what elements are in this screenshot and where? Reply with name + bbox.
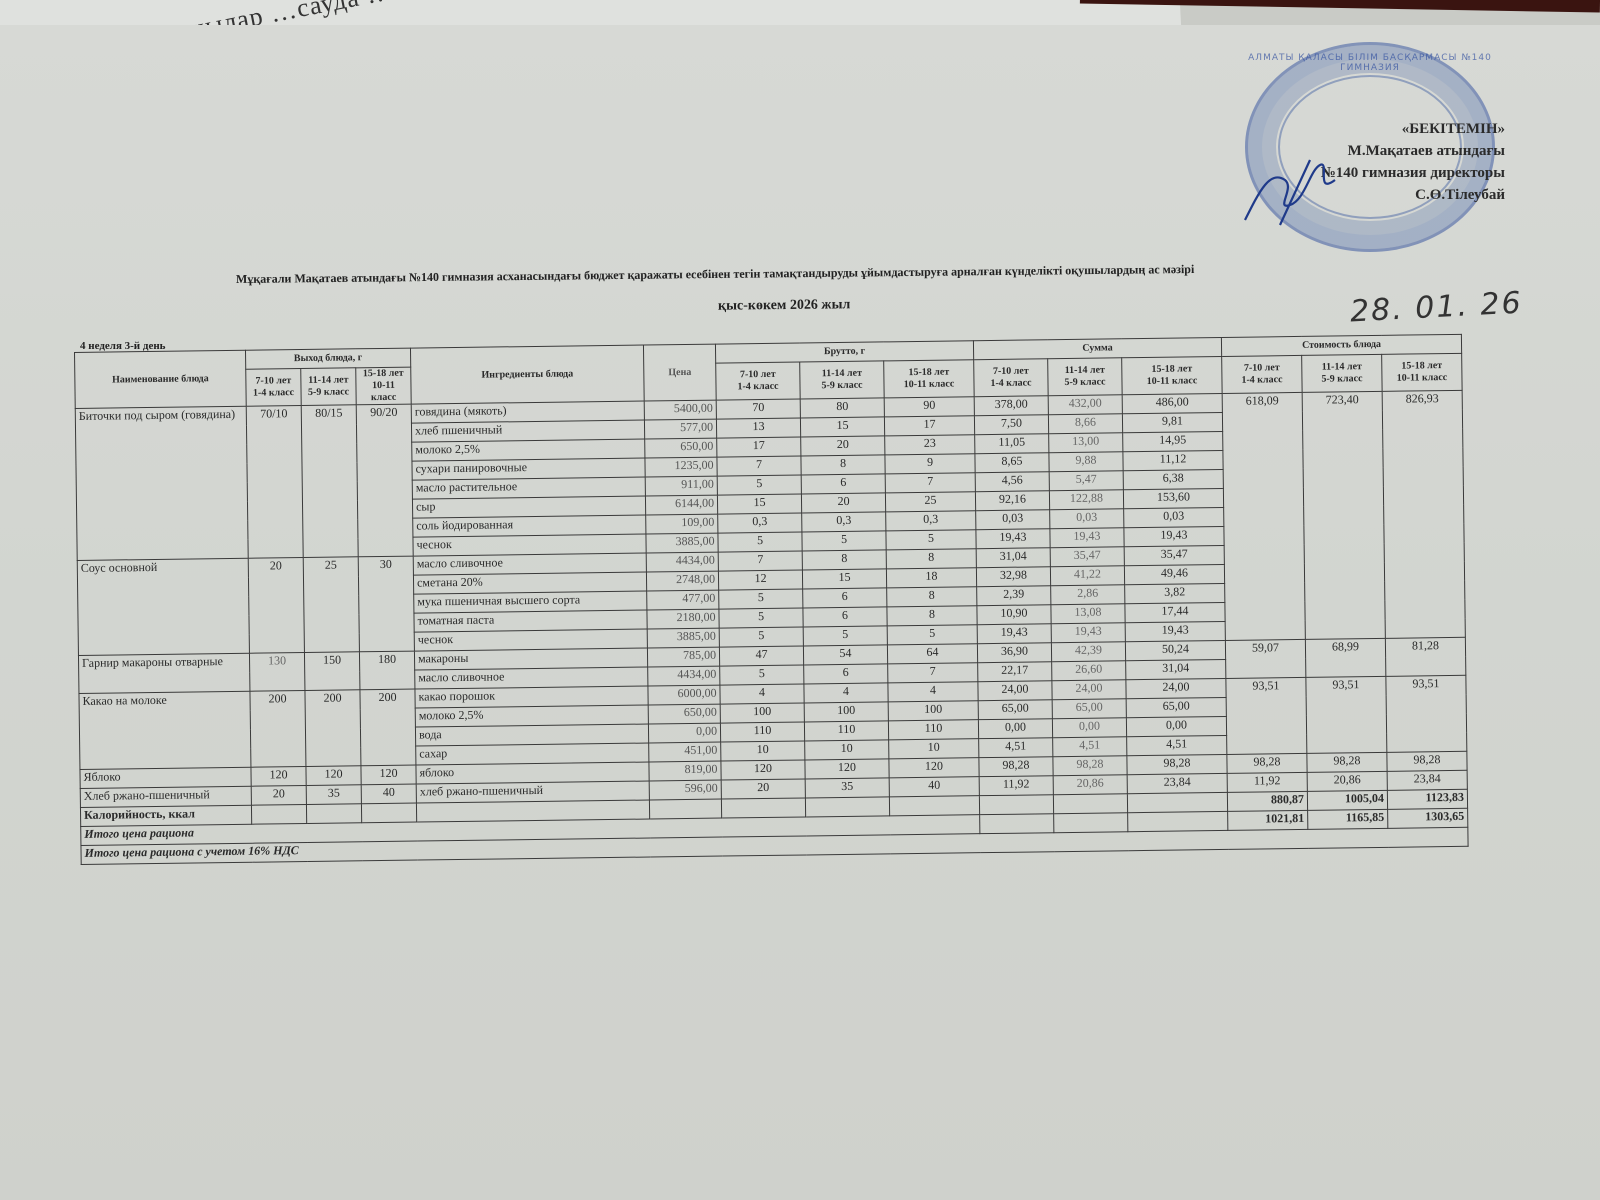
empty-cell xyxy=(306,804,361,824)
brutto-cell: 4 xyxy=(804,683,888,703)
grade-label: 10-11 класс xyxy=(1125,375,1218,388)
header-yield-age-group: 15-18 лет10-11 класс xyxy=(356,367,411,405)
brutto-cell: 17 xyxy=(717,437,801,457)
sum-cell: 9,88 xyxy=(1049,452,1123,472)
dish-name-cell: Какао на молоке xyxy=(79,691,251,769)
grade-label: 10-11 класс xyxy=(887,378,970,391)
sum-cell: 42,39 xyxy=(1051,642,1125,662)
sum-cell: 41,22 xyxy=(1050,566,1124,586)
grade-label: 1-4 класс xyxy=(719,381,796,394)
dish-cost-cell: 98,28 xyxy=(1227,753,1307,773)
brutto-cell: 54 xyxy=(803,645,887,665)
total-vat-cell: 1021,81 xyxy=(1228,810,1308,830)
empty-cell xyxy=(361,803,416,823)
ingredient-price-cell: 6144,00 xyxy=(645,495,717,515)
grade-label: 10-11 класс xyxy=(359,380,407,405)
brutto-cell: 5 xyxy=(886,530,976,550)
ingredient-price-cell: 819,00 xyxy=(649,761,721,781)
header-sum-age-group: 15-18 лет10-11 класс xyxy=(1122,356,1222,394)
sum-cell: 432,00 xyxy=(1048,395,1122,415)
sum-cell: 0,03 xyxy=(976,510,1050,530)
brutto-cell: 5 xyxy=(718,532,802,552)
header-sum-age-group: 7-10 лет1-4 класс xyxy=(974,359,1048,397)
ingredient-price-cell: 6000,00 xyxy=(648,685,720,705)
sum-cell: 0,03 xyxy=(1124,507,1224,527)
sum-cell: 4,51 xyxy=(1127,735,1227,755)
dish-cost-cell: 11,92 xyxy=(1227,772,1307,792)
sum-cell: 26,60 xyxy=(1052,661,1126,681)
brutto-cell: 15 xyxy=(800,417,884,437)
sum-cell: 31,04 xyxy=(1126,659,1226,679)
sum-cell: 9,81 xyxy=(1122,412,1222,432)
sum-cell: 11,05 xyxy=(975,434,1049,454)
dish-name-cell: Хлеб ржано-пшеничный xyxy=(80,786,251,807)
header-brutto-age-group: 11-14 лет5-9 класс xyxy=(800,361,884,399)
sum-cell: 35,47 xyxy=(1050,547,1124,567)
sum-cell: 92,16 xyxy=(975,491,1049,511)
brutto-cell: 20 xyxy=(801,493,885,513)
sum-cell: 378,00 xyxy=(974,396,1048,416)
empty-cell xyxy=(889,796,979,816)
sum-cell: 36,90 xyxy=(977,643,1051,663)
sum-cell: 24,00 xyxy=(1126,678,1226,698)
total-cell: 1005,04 xyxy=(1307,790,1387,810)
dish-yield-cell: 200 xyxy=(360,689,416,766)
sum-cell: 153,60 xyxy=(1123,488,1223,508)
ingredient-price-cell: 1235,00 xyxy=(645,457,717,477)
brutto-cell: 7 xyxy=(885,473,975,493)
dish-yield-cell: 150 xyxy=(304,652,359,691)
header-cost-age-group: 7-10 лет1-4 класс xyxy=(1222,355,1302,393)
brutto-cell: 23 xyxy=(885,435,975,455)
sum-cell: 98,28 xyxy=(979,757,1053,777)
sum-cell: 2,86 xyxy=(1051,585,1125,605)
ingredient-price-cell: 2180,00 xyxy=(647,609,719,629)
ingredient-price-cell: 3885,00 xyxy=(647,628,719,648)
age-label: 7-10 лет xyxy=(249,375,297,388)
empty-cell xyxy=(1128,811,1228,831)
grade-label: 5-9 класс xyxy=(1305,373,1378,386)
brutto-cell: 0,3 xyxy=(802,512,886,532)
brutto-cell: 47 xyxy=(719,646,803,666)
brutto-cell: 25 xyxy=(885,492,975,512)
sum-cell: 486,00 xyxy=(1122,393,1222,413)
sum-cell: 5,47 xyxy=(1049,471,1123,491)
age-label: 15-18 лет xyxy=(887,366,970,379)
signature-icon xyxy=(1240,150,1350,230)
dish-yield-cell: 20 xyxy=(248,558,304,654)
total-cell: 880,87 xyxy=(1227,791,1307,811)
brutto-cell: 10 xyxy=(889,739,979,759)
dish-name-cell: Биточки под сыром (говядина) xyxy=(75,406,248,560)
sum-cell: 23,84 xyxy=(1127,773,1227,793)
dish-cost-cell: 98,28 xyxy=(1307,752,1387,772)
dish-name-cell: Яблоко xyxy=(80,767,251,788)
ingredient-price-cell: 5400,00 xyxy=(644,400,716,420)
dish-yield-cell: 20 xyxy=(251,785,306,805)
grade-label: 5-9 класс xyxy=(304,386,352,399)
header-cost-age-group: 15-18 лет10-11 класс xyxy=(1382,353,1462,391)
brutto-cell: 9 xyxy=(885,454,975,474)
dish-cost-cell: 98,28 xyxy=(1387,751,1467,771)
sum-cell: 122,88 xyxy=(1049,490,1123,510)
sum-cell: 24,00 xyxy=(978,681,1052,701)
dish-yield-cell: 40 xyxy=(361,784,416,804)
grade-label: 5-9 класс xyxy=(803,379,880,392)
dish-cost-cell: 618,09 xyxy=(1222,392,1305,640)
brutto-cell: 120 xyxy=(805,759,889,779)
brutto-cell: 8 xyxy=(801,455,885,475)
sum-cell: 19,43 xyxy=(976,529,1050,549)
empty-cell xyxy=(251,804,306,824)
brutto-cell: 80 xyxy=(800,398,884,418)
dish-cost-cell: 93,51 xyxy=(1226,677,1307,754)
ingredient-price-cell: 3885,00 xyxy=(646,533,718,553)
ingredient-price-cell: 477,00 xyxy=(647,590,719,610)
brutto-cell: 15 xyxy=(717,494,801,514)
brutto-cell: 70 xyxy=(716,399,800,419)
grade-label: 1-4 класс xyxy=(249,387,297,400)
ingredient-price-cell: 650,00 xyxy=(645,438,717,458)
brutto-cell: 8 xyxy=(887,587,977,607)
total-cell: 1123,83 xyxy=(1387,789,1467,809)
brutto-cell: 64 xyxy=(887,644,977,664)
age-label: 11-14 лет xyxy=(1051,364,1118,377)
dish-cost-cell: 826,93 xyxy=(1382,390,1465,638)
dish-yield-cell: 120 xyxy=(361,765,416,785)
age-label: 11-14 лет xyxy=(803,367,880,380)
age-label: 11-14 лет xyxy=(1305,361,1378,374)
brutto-cell: 5 xyxy=(717,475,801,495)
sum-cell: 0,03 xyxy=(1050,509,1124,529)
brutto-cell: 10 xyxy=(721,741,805,761)
dish-cost-cell: 723,40 xyxy=(1302,391,1385,639)
sum-cell: 0,00 xyxy=(978,719,1052,739)
sum-cell: 13,00 xyxy=(1049,433,1123,453)
ingredient-price-cell: 650,00 xyxy=(648,704,720,724)
brutto-cell: 6 xyxy=(801,474,885,494)
brutto-cell: 15 xyxy=(802,569,886,589)
sum-cell: 19,43 xyxy=(1051,623,1125,643)
sum-cell: 20,86 xyxy=(1053,775,1127,795)
sum-cell: 19,43 xyxy=(1124,526,1224,546)
brutto-cell: 6 xyxy=(803,588,887,608)
dish-yield-cell: 30 xyxy=(358,556,414,652)
brutto-cell: 13 xyxy=(716,418,800,438)
brutto-cell: 100 xyxy=(720,703,804,723)
ingredient-price-cell: 109,00 xyxy=(646,514,718,534)
sum-cell: 11,92 xyxy=(979,776,1053,796)
brutto-cell: 5 xyxy=(719,627,803,647)
dish-cost-cell: 59,07 xyxy=(1225,639,1305,678)
brutto-cell: 40 xyxy=(889,777,979,797)
sum-cell: 49,46 xyxy=(1124,564,1224,584)
header-sum-age-group: 11-14 лет5-9 класс xyxy=(1048,358,1122,396)
grade-label: 5-9 класс xyxy=(1051,376,1118,389)
dish-yield-cell: 90/20 xyxy=(356,404,413,557)
sum-cell: 10,90 xyxy=(977,605,1051,625)
sum-cell: 32,98 xyxy=(976,567,1050,587)
sum-cell: 3,82 xyxy=(1125,583,1225,603)
total-vat-cell: 1165,85 xyxy=(1308,809,1388,829)
brutto-cell: 20 xyxy=(801,436,885,456)
sum-cell: 65,00 xyxy=(1052,699,1126,719)
brutto-cell: 35 xyxy=(805,778,889,798)
brutto-cell: 110 xyxy=(720,722,804,742)
sum-cell: 22,17 xyxy=(978,662,1052,682)
brutto-cell: 4 xyxy=(888,682,978,702)
dish-yield-cell: 80/15 xyxy=(301,405,358,558)
brutto-cell: 0,3 xyxy=(718,513,802,533)
dish-yield-cell: 180 xyxy=(359,651,414,690)
header-yield-age-group: 11-14 лет5-9 класс xyxy=(301,368,356,406)
sum-cell: 65,00 xyxy=(1126,697,1226,717)
dish-cost-cell: 81,28 xyxy=(1385,637,1465,676)
header-yield-age-group: 7-10 лет1-4 класс xyxy=(246,369,301,407)
age-label: 7-10 лет xyxy=(719,369,796,382)
sum-cell: 19,43 xyxy=(1050,528,1124,548)
brutto-cell: 120 xyxy=(889,758,979,778)
header-brutto-age-group: 7-10 лет1-4 класс xyxy=(716,362,800,400)
sum-cell: 4,56 xyxy=(975,472,1049,492)
brutto-cell: 6 xyxy=(804,664,888,684)
brutto-cell: 18 xyxy=(886,568,976,588)
header-price: Цена xyxy=(643,344,716,401)
sum-cell: 4,51 xyxy=(1053,737,1127,757)
sum-cell: 98,28 xyxy=(1127,754,1227,774)
dish-yield-cell: 35 xyxy=(306,785,361,805)
brutto-cell: 5 xyxy=(719,589,803,609)
dish-yield-cell: 130 xyxy=(249,653,304,692)
ingredient-price-cell: 577,00 xyxy=(644,419,716,439)
brutto-cell: 110 xyxy=(804,721,888,741)
sum-cell: 11,12 xyxy=(1123,450,1223,470)
brutto-cell: 5 xyxy=(719,608,803,628)
dish-yield-cell: 25 xyxy=(303,557,359,653)
ingredient-price-cell: 596,00 xyxy=(649,780,721,800)
menu-table-body: Биточки под сыром (говядина)70/1080/1590… xyxy=(75,390,1467,807)
sum-cell: 2,39 xyxy=(977,586,1051,606)
brutto-cell: 10 xyxy=(805,740,889,760)
dish-cost-cell: 20,86 xyxy=(1307,771,1387,791)
approval-line: «БЕКІТЕМІН» xyxy=(1255,118,1505,140)
brutto-cell: 7 xyxy=(718,551,802,571)
age-label: 11-14 лет xyxy=(304,374,352,387)
sum-cell: 17,44 xyxy=(1125,602,1225,622)
menu-table-wrapper: Наименование блюда Выход блюда, г Ингред… xyxy=(74,334,1469,865)
ingredient-price-cell: 0,00 xyxy=(648,723,720,743)
dish-cost-cell: 68,99 xyxy=(1305,638,1385,677)
sum-cell: 8,66 xyxy=(1048,414,1122,434)
empty-cell xyxy=(1054,813,1128,833)
header-cost-age-group: 11-14 лет5-9 класс xyxy=(1302,354,1382,392)
ingredient-price-cell: 451,00 xyxy=(649,742,721,762)
calories-label: Калорийность, ккал xyxy=(80,805,251,826)
sum-cell: 8,65 xyxy=(975,453,1049,473)
sum-cell: 7,50 xyxy=(974,415,1048,435)
sum-cell: 6,38 xyxy=(1123,469,1223,489)
sum-cell: 98,28 xyxy=(1053,756,1127,776)
sum-cell: 19,43 xyxy=(977,624,1051,644)
brutto-cell: 4 xyxy=(720,684,804,704)
brutto-cell: 100 xyxy=(888,701,978,721)
sum-cell: 0,00 xyxy=(1126,716,1226,736)
age-label: 7-10 лет xyxy=(977,365,1044,378)
brutto-cell: 20 xyxy=(721,779,805,799)
document-subtitle: қыс-көкем 2026 жыл xyxy=(718,297,851,314)
sum-cell: 31,04 xyxy=(976,548,1050,568)
sum-cell: 0,00 xyxy=(1052,718,1126,738)
empty-cell xyxy=(979,795,1053,815)
dish-yield-cell: 200 xyxy=(305,690,361,767)
grade-label: 10-11 класс xyxy=(1385,372,1458,385)
sum-cell: 35,47 xyxy=(1124,545,1224,565)
brutto-cell: 8 xyxy=(802,550,886,570)
empty-cell xyxy=(1127,792,1227,812)
dish-cost-cell: 23,84 xyxy=(1387,770,1467,790)
sum-cell: 14,95 xyxy=(1123,431,1223,451)
sum-cell: 65,00 xyxy=(978,700,1052,720)
header-yield: Выход блюда, г xyxy=(245,348,410,369)
brutto-cell: 6 xyxy=(803,607,887,627)
ingredient-price-cell: 2748,00 xyxy=(646,571,718,591)
ingredient-price-cell: 911,00 xyxy=(645,476,717,496)
age-label: 7-10 лет xyxy=(1225,362,1298,375)
dish-cost-cell: 93,51 xyxy=(1306,676,1387,753)
age-label: 15-18 лет xyxy=(1385,360,1458,373)
empty-cell xyxy=(1053,794,1127,814)
empty-cell xyxy=(980,814,1054,834)
sum-cell: 50,24 xyxy=(1125,640,1225,660)
brutto-cell: 12 xyxy=(718,570,802,590)
age-label: 15-18 лет xyxy=(359,368,407,381)
grade-label: 1-4 класс xyxy=(977,377,1044,390)
brutto-cell: 7 xyxy=(888,663,978,683)
header-ingredients: Ингредиенты блюда xyxy=(410,345,644,404)
sum-cell: 24,00 xyxy=(1052,680,1126,700)
dish-name-cell: Гарнир макароны отварные xyxy=(78,653,249,693)
menu-table: Наименование блюда Выход блюда, г Ингред… xyxy=(74,334,1469,865)
brutto-cell: 7 xyxy=(717,456,801,476)
dish-name-cell: Соус основной xyxy=(77,558,249,655)
brutto-cell: 90 xyxy=(884,397,974,417)
brutto-cell: 5 xyxy=(887,625,977,645)
brutto-cell: 8 xyxy=(887,606,977,626)
empty-cell xyxy=(649,799,721,819)
ingredient-price-cell: 4434,00 xyxy=(646,552,718,572)
dish-yield-cell: 120 xyxy=(306,766,361,786)
header-dish-name: Наименование блюда xyxy=(75,350,247,408)
brutto-cell: 110 xyxy=(888,720,978,740)
sum-cell: 19,43 xyxy=(1125,621,1225,641)
brutto-cell: 5 xyxy=(720,665,804,685)
sum-cell: 13,08 xyxy=(1051,604,1125,624)
ingredient-price-cell: 4434,00 xyxy=(648,666,720,686)
dish-yield-cell: 200 xyxy=(250,691,306,768)
dish-yield-cell: 70/10 xyxy=(246,406,303,559)
brutto-cell: 8 xyxy=(886,549,976,569)
grade-label: 1-4 класс xyxy=(1225,374,1298,387)
sum-cell: 4,51 xyxy=(979,738,1053,758)
stamp-ring-text: АЛМАТЫ ҚАЛАСЫ БІЛІМ БАСҚАРМАСЫ №140 ГИМН… xyxy=(1248,53,1492,73)
empty-cell xyxy=(805,797,889,817)
brutto-cell: 0,3 xyxy=(886,511,976,531)
ingredient-price-cell: 785,00 xyxy=(647,647,719,667)
brutto-cell: 5 xyxy=(803,626,887,646)
brutto-cell: 5 xyxy=(802,531,886,551)
total-vat-cell: 1303,65 xyxy=(1388,808,1468,828)
brutto-cell: 120 xyxy=(721,760,805,780)
brutto-cell: 100 xyxy=(804,702,888,722)
dish-yield-cell: 120 xyxy=(251,766,306,786)
brutto-cell: 17 xyxy=(884,416,974,436)
dish-cost-cell: 93,51 xyxy=(1386,675,1467,752)
header-brutto-age-group: 15-18 лет10-11 класс xyxy=(884,360,974,398)
empty-cell xyxy=(721,798,805,818)
